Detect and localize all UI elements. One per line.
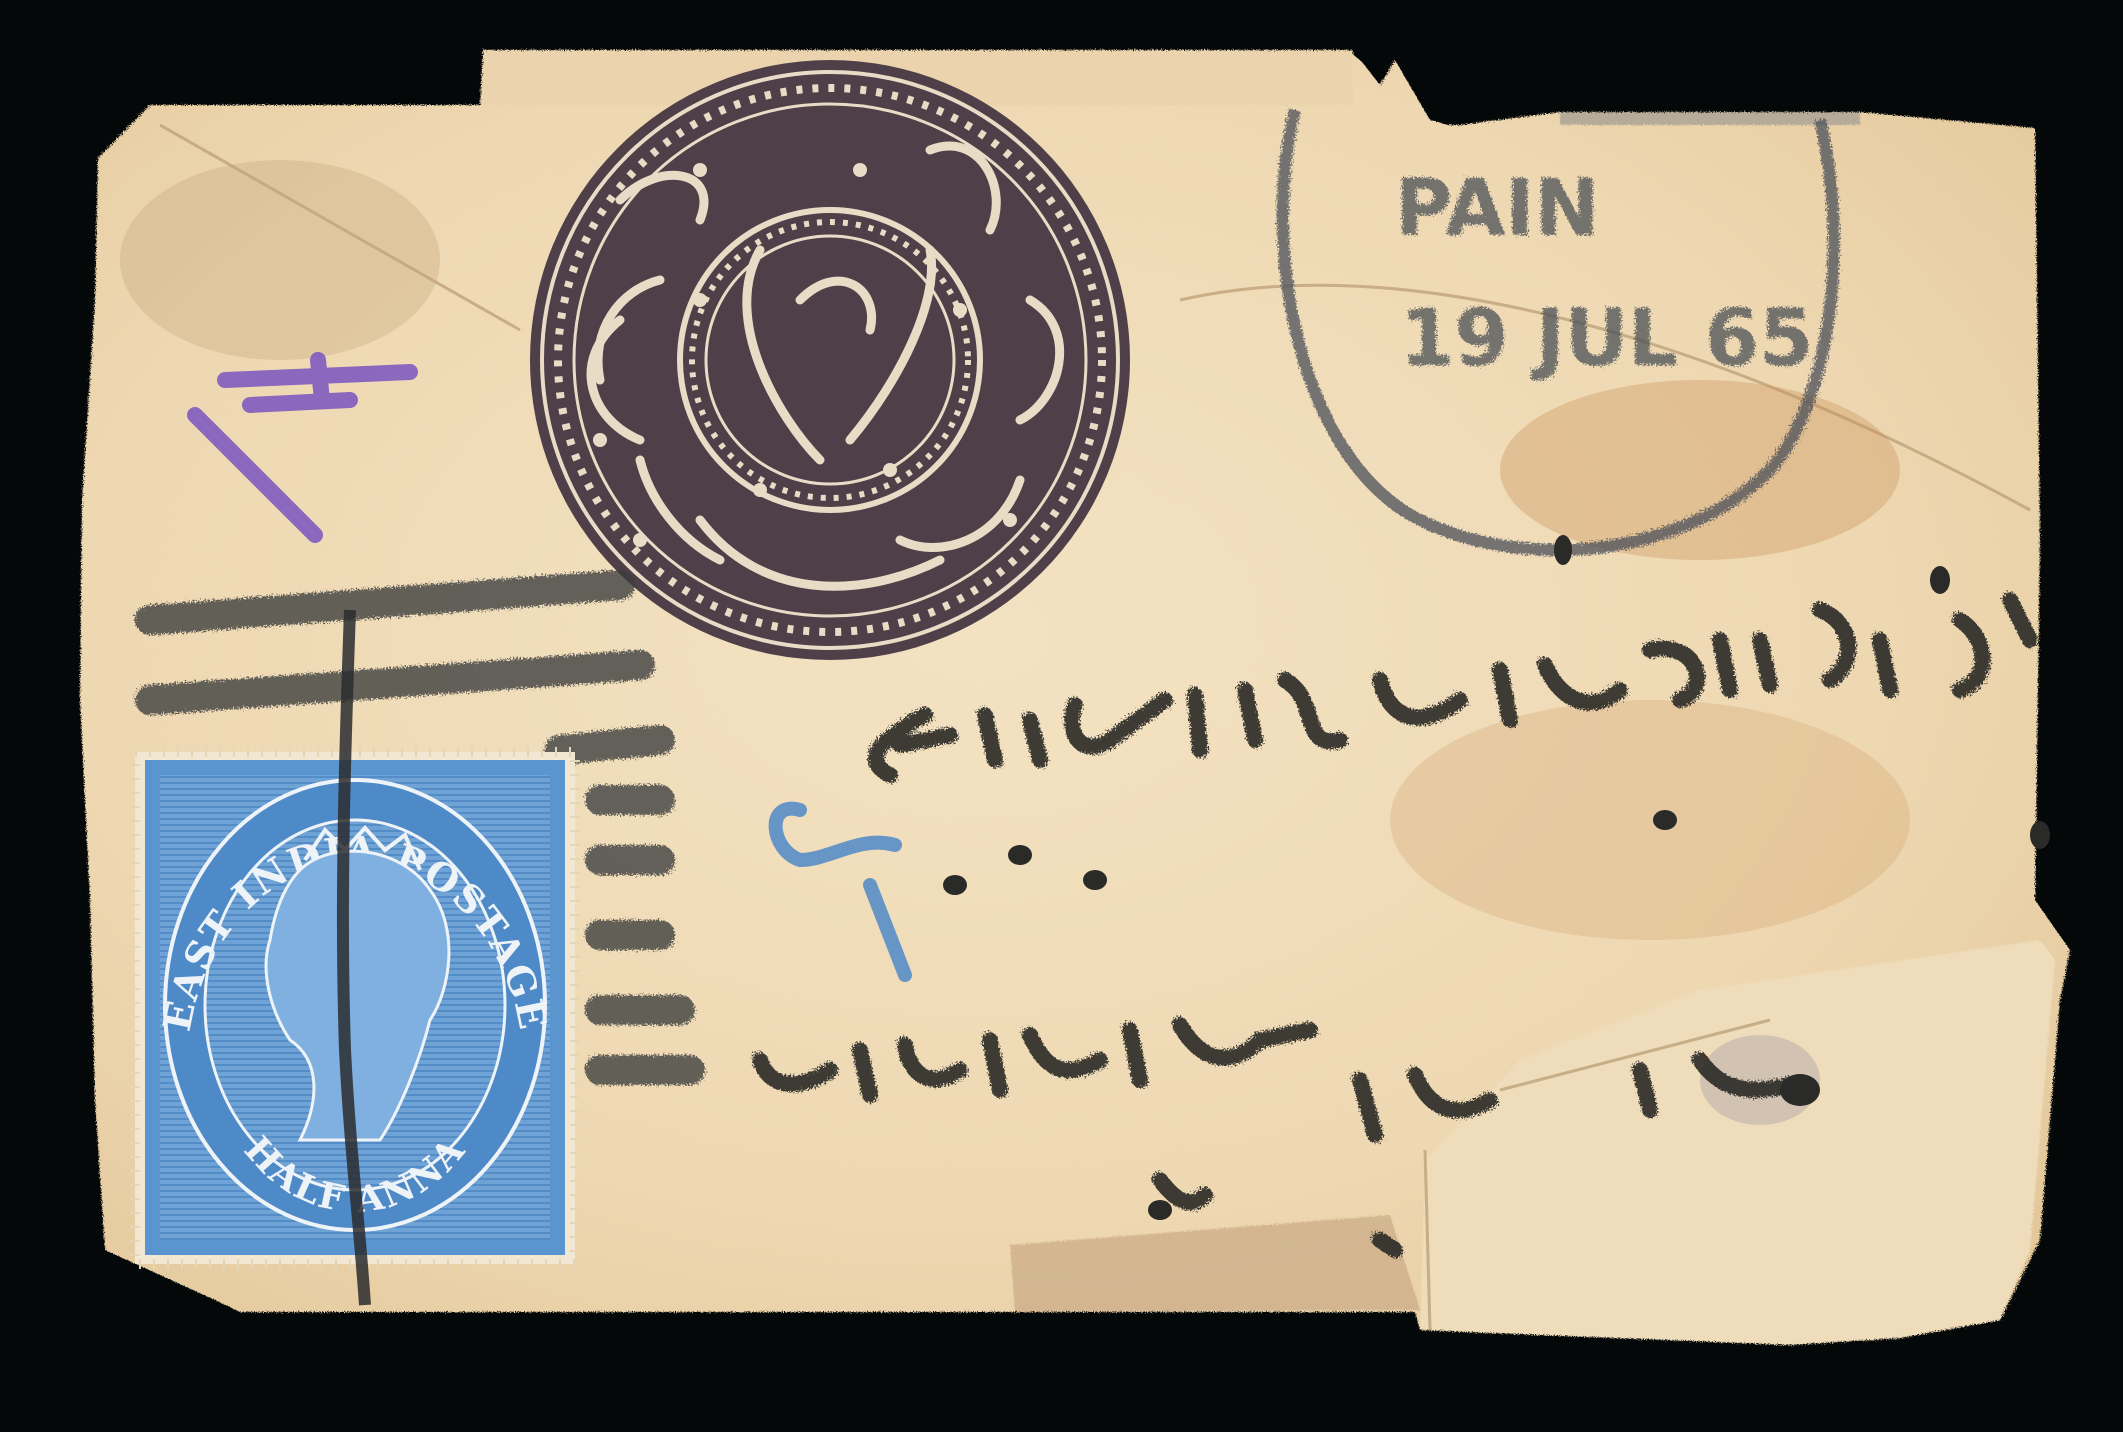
postmark-date: 19 JUL 65 xyxy=(1400,294,1813,384)
postal-cover-photo: PAIN 19 JUL 65 EAST INDIA POSTAGE HALF A… xyxy=(0,0,2123,1432)
postmark-town: PAIN xyxy=(1395,164,1600,254)
